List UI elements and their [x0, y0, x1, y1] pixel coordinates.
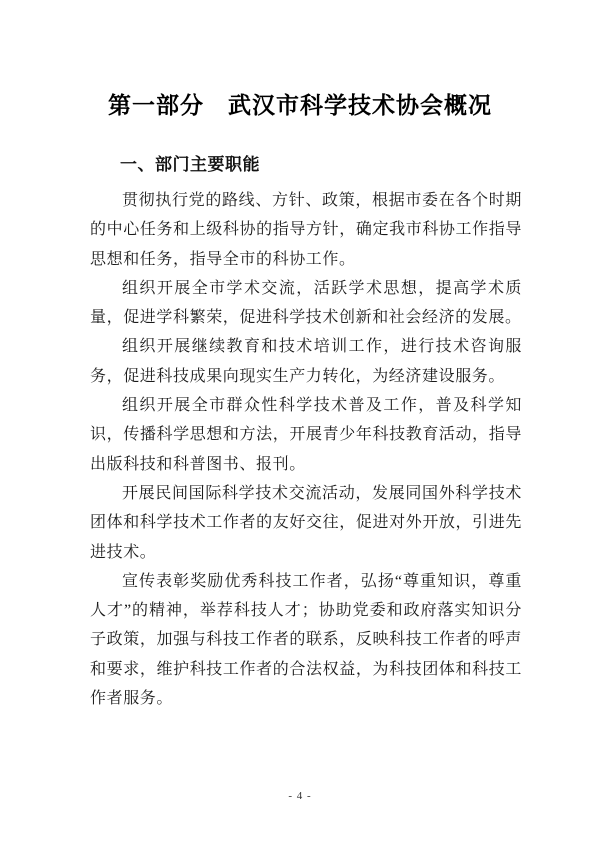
page-footer: - 4 - — [0, 786, 600, 804]
paragraph-science-popularization: 组织开展全市群众性科学技术普及工作，普及科学知识，传播科学思想和方法，开展青少年… — [90, 391, 522, 479]
page-number: - 4 - — [288, 790, 311, 802]
paragraph-duties-party-line: 贯彻执行党的路线、方针、政策，根据市委在各个时期的中心任务和上级科协的指导方针，… — [90, 186, 522, 274]
page-title: 第一部分 武汉市科学技术协会概况 — [84, 91, 516, 121]
paragraph-academic-exchange: 组织开展全市学术交流，活跃学术思想，提高学术质量，促进学科繁荣，促进科学技术创新… — [90, 274, 522, 333]
document-page: 第一部分 武汉市科学技术协会概况 一、部门主要职能 贯彻执行党的路线、方针、政策… — [0, 0, 600, 848]
paragraph-international-exchange: 开展民间国际科学技术交流活动，发展同国外科学技术团体和科学技术工作者的友好交往，… — [90, 479, 522, 567]
section-heading: 一、部门主要职能 — [120, 155, 522, 175]
paragraph-recognition-rights: 宣传表彰奖励优秀科技工作者，弘扬“尊重知识，尊重人才”的精神，举荐科技人才；协助… — [90, 567, 522, 713]
body-text: 贯彻执行党的路线、方针、政策，根据市委在各个时期的中心任务和上级科协的指导方针，… — [90, 186, 522, 713]
paragraph-continuing-education: 组织开展继续教育和技术培训工作，进行技术咨询服务，促进科技成果向现实生产力转化，… — [90, 332, 522, 391]
